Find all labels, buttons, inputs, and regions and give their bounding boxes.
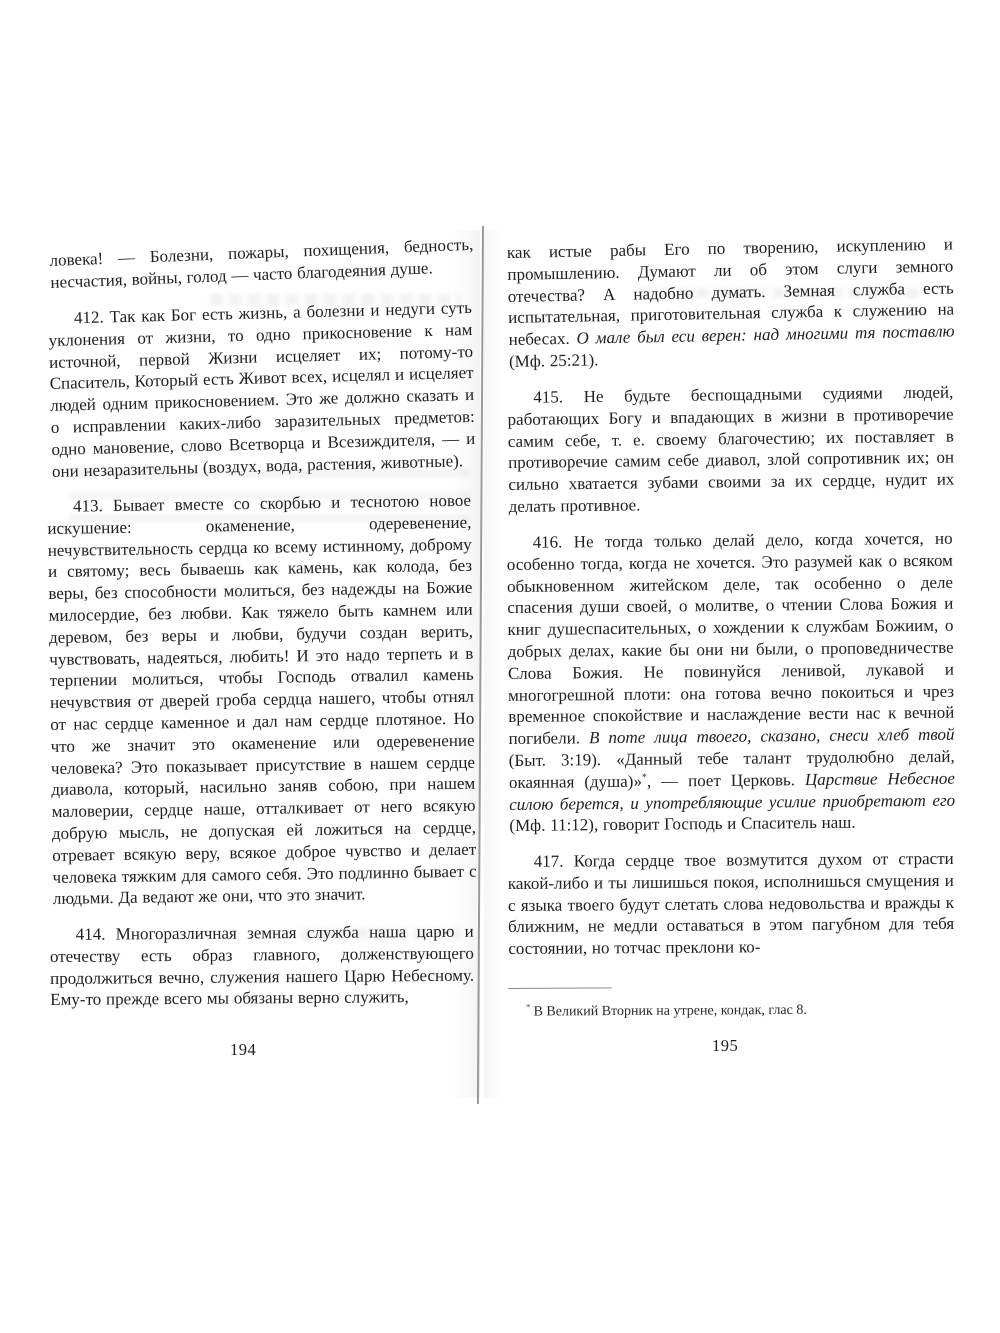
scripture-quote: В поте лица твоего, сказано, снеси хлеб … (589, 724, 955, 747)
footnote-separator-rule (508, 987, 612, 989)
paragraph: ловека! — Болезни, пожары, похищения, бе… (49, 234, 474, 294)
body-text-run: 413. Бывает вместе со скорбью и теснотою… (47, 491, 476, 909)
right-page-number: 195 (712, 1036, 738, 1056)
footnote-marker: * (526, 1002, 531, 1012)
footnote: *В Великий Вторник на утрене, кондак, гл… (508, 985, 948, 1022)
body-text-run: ловека! — Болезни, пожары, похищения, бе… (49, 235, 473, 292)
body-text-run: 414. Многоразличная земная служба наша ц… (50, 922, 474, 1010)
paragraph: как истые рабы Его по творению, искуплен… (507, 233, 955, 372)
body-text-run: , — поет Церковь. (647, 769, 805, 790)
body-text-run: 417. Когда сердце твое возмутится духом … (508, 849, 954, 958)
paragraph: 416. Не тогда только делай дело, когда х… (507, 527, 956, 836)
gutter-shadow-right (484, 230, 502, 1098)
body-text-run: 415. Не будьте беспощадными судиями люде… (507, 382, 954, 515)
body-text-run: 412. Так как Бог есть жизнь, а болезни и… (48, 298, 475, 481)
body-text-run: (Мф. 25:21). (509, 350, 599, 371)
scripture-quote: О мале был еси верен: над многими тя пос… (576, 322, 954, 348)
paragraph: 413. Бывает вместе со скорбью и теснотою… (47, 490, 477, 910)
footnote-label: В Великий Вторник на утрене, кондак, гла… (533, 1003, 806, 1020)
paragraph: 417. Когда сердце твое возмутится духом … (508, 848, 955, 960)
left-page-number: 194 (230, 1040, 256, 1060)
paragraph: 412. Так как Бог есть жизнь, а болезни и… (48, 297, 476, 482)
body-text-run: (Мф. 11:12), говорит Господь и Спаситель… (509, 813, 855, 835)
paragraph: 414. Многоразличная земная служба наша ц… (50, 921, 475, 1012)
book-spread-scan: ловека! — Болезни, пожары, похищения, бе… (0, 0, 1000, 1333)
right-page-text: как истые рабы Его по творению, искуплен… (508, 242, 954, 974)
footnote-text: *В Великий Вторник на утрене, кондак, гл… (508, 996, 948, 1022)
left-page-text: ловека! — Болезни, пожары, похищения, бе… (50, 250, 474, 1025)
paragraph: 415. Не будьте беспощадными судиями люде… (507, 381, 955, 517)
body-text-run: 416. Не тогда только делай дело, когда х… (507, 528, 955, 747)
